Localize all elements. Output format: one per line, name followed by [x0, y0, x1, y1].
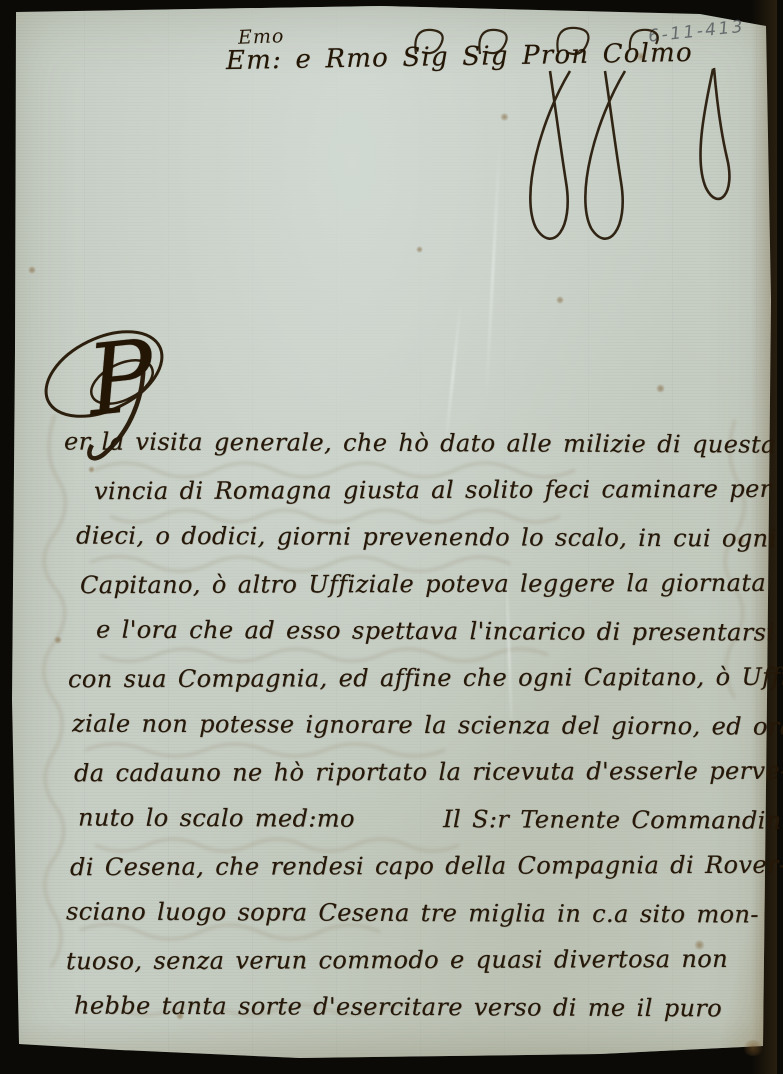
- manuscript-line: Capitano, ò altro Uffiziale poteva legge…: [80, 560, 758, 609]
- manuscript-line: dieci, o dodici, giorni prevenendo lo sc…: [76, 513, 758, 563]
- manuscript-line: er la visita generale, che hò dato alle …: [64, 418, 758, 468]
- manuscript-line: e l'ora che ad esso spettava l'incarico …: [96, 607, 758, 657]
- manuscript-line: nuto lo scalo med:mo Il S:r Tenente Comm…: [78, 795, 758, 845]
- manuscript-line: di Cesena, che rendesi capo della Compag…: [70, 842, 758, 891]
- letter-body: er la visita generale, che hò dato alle …: [68, 420, 758, 1031]
- manuscript-line: ziale non potesse ignorare la scienza de…: [72, 701, 758, 751]
- manuscript-line: tuoso, senza verun commodo e quasi diver…: [66, 936, 758, 985]
- manuscript-line: sciano luogo sopra Cesena tre miglia in …: [66, 888, 758, 938]
- manuscript-line: vincia di Romagna giusta al solito feci …: [94, 466, 758, 515]
- manuscript-line: hebbe tanta sorte d'esercitare verso di …: [74, 983, 758, 1033]
- manuscript-line: con sua Compagnia, ed affine che ogni Ca…: [68, 654, 758, 703]
- manuscript-scan: 6-11-413 Emo Em: e Rmo Sig Sig Pron Colm…: [0, 0, 783, 1074]
- manuscript-line: da cadauno ne hò riportato la ricevuta d…: [74, 748, 758, 797]
